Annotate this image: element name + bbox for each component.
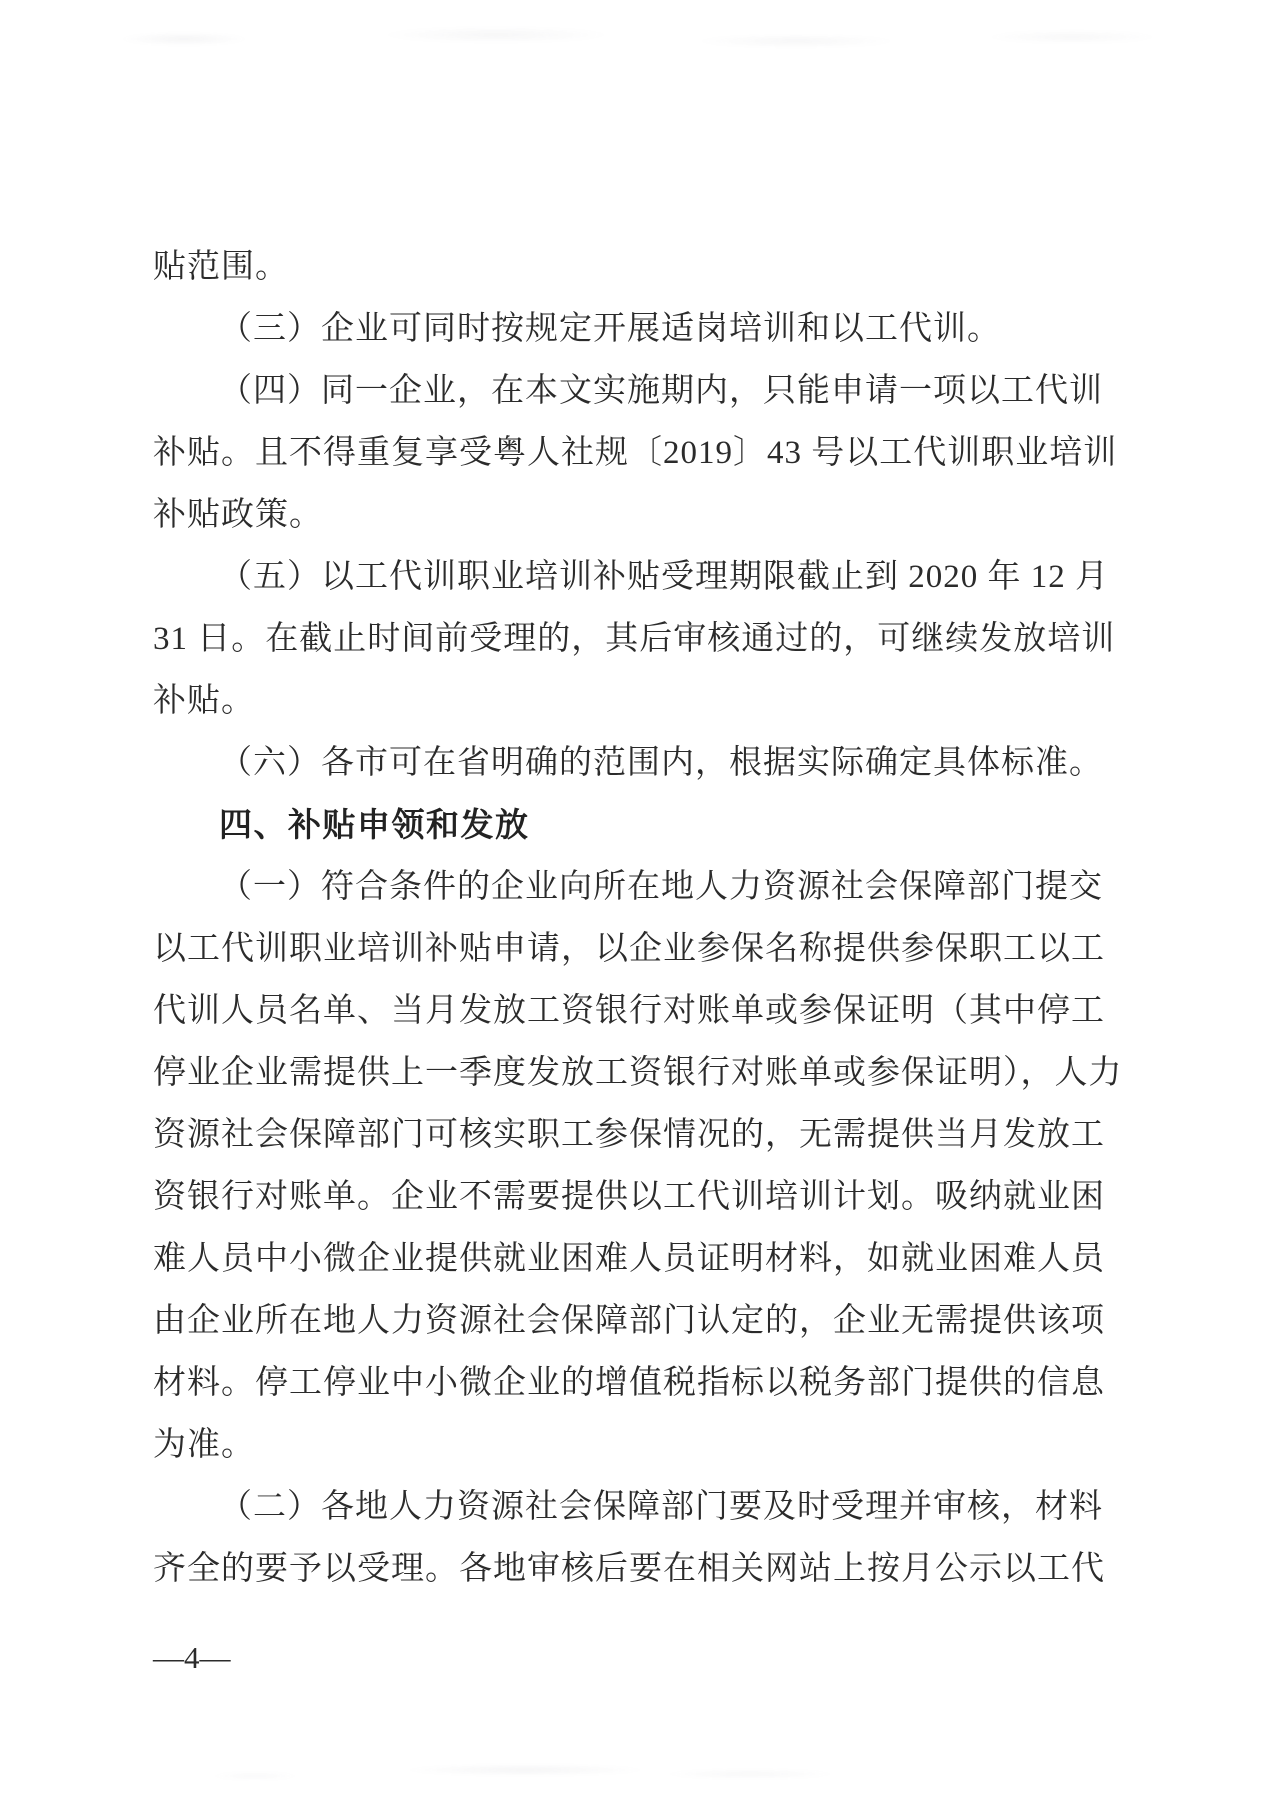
document-line: 31 日。在截止时间前受理的，其后审核通过的，可继续发放培训: [153, 608, 1111, 670]
document-page: 贴范围。 （三）企业可同时按规定开展适岗培训和以工代训。 （四）同一企业，在本文…: [0, 0, 1280, 1811]
document-line: 停业企业需提供上一季度发放工资银行对账单或参保证明），人力: [153, 1042, 1111, 1104]
document-body: 贴范围。 （三）企业可同时按规定开展适岗培训和以工代训。 （四）同一企业，在本文…: [153, 236, 1111, 1600]
document-line: 难人员中小微企业提供就业困难人员证明材料，如就业困难人员: [153, 1228, 1111, 1290]
document-line: 贴范围。: [153, 236, 1111, 298]
document-line: 补贴政策。: [153, 484, 1111, 546]
scan-artifact-top: [40, 18, 1240, 60]
document-line: 补贴。且不得重复享受粤人社规〔2019〕43 号以工代训职业培训: [153, 422, 1111, 484]
document-line: 代训人员名单、当月发放工资银行对账单或参保证明（其中停工: [153, 980, 1111, 1042]
scan-artifact-bottom: [120, 1752, 1020, 1792]
section-heading: 四、补贴申领和发放: [153, 794, 1111, 856]
document-line: （一）符合条件的企业向所在地人力资源社会保障部门提交: [153, 856, 1111, 918]
document-line: 补贴。: [153, 670, 1111, 732]
document-line: 材料。停工停业中小微企业的增值税指标以税务部门提供的信息: [153, 1352, 1111, 1414]
page-number: —4—: [153, 1638, 231, 1678]
document-line: 资源社会保障部门可核实职工参保情况的，无需提供当月发放工: [153, 1104, 1111, 1166]
document-line: （六）各市可在省明确的范围内，根据实际确定具体标准。: [153, 732, 1111, 794]
document-line: （三）企业可同时按规定开展适岗培训和以工代训。: [153, 298, 1111, 360]
document-line: 以工代训职业培训补贴申请，以企业参保名称提供参保职工以工: [153, 918, 1111, 980]
document-line: 为准。: [153, 1414, 1111, 1476]
document-line: 由企业所在地人力资源社会保障部门认定的，企业无需提供该项: [153, 1290, 1111, 1352]
document-line: 齐全的要予以受理。各地审核后要在相关网站上按月公示以工代: [153, 1538, 1111, 1600]
document-line: （四）同一企业，在本文实施期内，只能申请一项以工代训: [153, 360, 1111, 422]
document-line: （二）各地人力资源社会保障部门要及时受理并审核，材料: [153, 1476, 1111, 1538]
document-line: 资银行对账单。企业不需要提供以工代训培训计划。吸纳就业困: [153, 1166, 1111, 1228]
document-line: （五）以工代训职业培训补贴受理期限截止到 2020 年 12 月: [153, 546, 1111, 608]
